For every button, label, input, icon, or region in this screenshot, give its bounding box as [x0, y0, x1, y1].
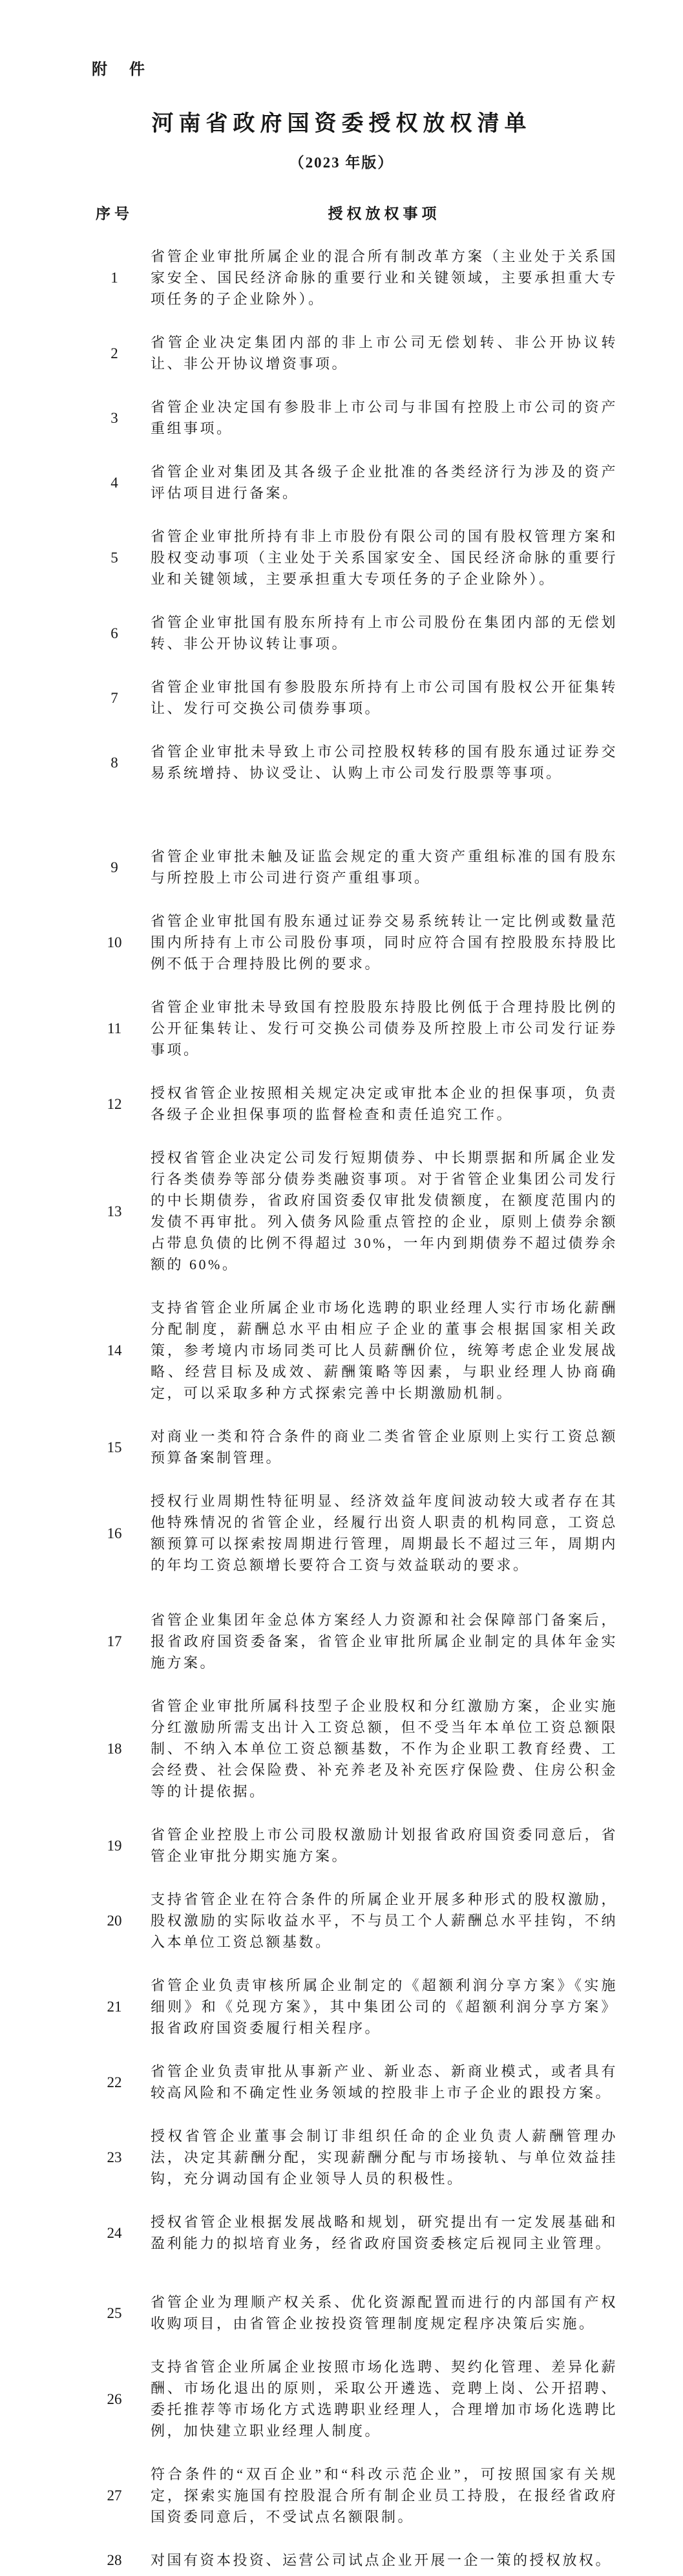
table-row: 19 省管企业控股上市公司股权激励计划报省政府国资委同意后，省管企业审批分期实施…: [95, 1824, 683, 1867]
item-text: 授权省管企业根据发展战略和规划，研究提出有一定发展基础和盈利能力的拟培育业务，经…: [151, 2211, 618, 2254]
table-row: 11 省管企业审批未导致国有控股股东持股比例低于合理持股比例的公开征集转让、发行…: [95, 996, 683, 1060]
item-text: 授权省管企业决定公司发行短期债券、中长期票据和所属企业发行各类债券等部分债券类融…: [151, 1147, 618, 1275]
item-number: 12: [95, 1093, 134, 1115]
document-title: 河南省政府国资委授权放权清单: [0, 111, 683, 137]
table-row: 13 授权省管企业决定公司发行短期债券、中长期票据和所属企业发行各类债券等部分债…: [95, 1147, 683, 1275]
item-number: 27: [95, 2485, 134, 2506]
item-number: 16: [95, 1523, 134, 1544]
item-text: 省管企业审批未触及证监会规定的重大资产重组标准的国有股东与所控股上市公司进行资产…: [151, 846, 618, 888]
attachment-label: 附 件: [92, 62, 683, 78]
table-row: 6 省管企业审批国有股东所持有上市公司股份在集团内部的无偿划转、非公开协议转让事…: [95, 612, 683, 654]
table-row: 8 省管企业审批未导致上市公司控股权转移的国有股东通过证券交易系统增持、协议受让…: [95, 741, 683, 784]
item-number: 7: [95, 687, 134, 709]
item-number: 26: [95, 2388, 134, 2410]
item-number: 17: [95, 1631, 134, 1652]
item-text: 省管企业审批国有参股股东所持有上市公司国有股权公开征集转让、发行可交换公司债券事…: [151, 676, 618, 719]
item-text: 省管企业审批所属科技型子企业股权和分红激励方案，企业实施分红激励所需支出计入工资…: [151, 1695, 618, 1802]
table-row: 15 对商业一类和符合条件的商业二类省管企业原则上实行工资总额预算备案制管理。: [95, 1426, 683, 1468]
item-text: 省管企业审批国有股东通过证券交易系统转让一定比例或数量范围内所持有上市公司股份事…: [151, 910, 618, 974]
table-row: 4 省管企业对集团及其各级子企业批准的各类经济行为涉及的资产评估项目进行备案。: [95, 461, 683, 504]
table-row: 12 授权省管企业按照相关规定决定或审批本企业的担保事项，负责各级子企业担保事项…: [95, 1082, 683, 1125]
item-text: 符合条件的“双百企业”和“科改示范企业”，可按照国家有关规定，探索实施国有控股混…: [151, 2463, 618, 2528]
table-row: 17 省管企业集团年金总体方案经人力资源和社会保障部门备案后，报省政府国资委备案…: [95, 1609, 683, 1673]
table-row: 22 省管企业负责审批从事新产业、新业态、新商业模式，或者具有较高风险和不确定性…: [95, 2061, 683, 2103]
item-text: 支持省管企业所属企业市场化选聘的职业经理人实行市场化薪酬分配制度，薪酬总水平由相…: [151, 1297, 618, 1404]
document-page: 附 件 河南省政府国资委授权放权清单 （2023 年版） 序号 授权放权事项 1…: [0, 0, 683, 2576]
item-text: 授权行业周期性特征明显、经济效益年度间波动较大或者存在其他特殊情况的省管企业，经…: [151, 1490, 618, 1576]
item-number: 23: [95, 2147, 134, 2168]
table-row: 3 省管企业决定国有参股非上市公司与非国有控股上市公司的资产重组事项。: [95, 396, 683, 439]
item-number: 9: [95, 857, 134, 878]
item-number: 19: [95, 1835, 134, 1856]
table-row: 1 省管企业审批所属企业的混合所有制改革方案（主业处于关系国家安全、国民经济命脉…: [95, 246, 683, 310]
item-text: 支持省管企业在符合条件的所属企业开展多种形式的股权激励，股权激励的实际收益水平，…: [151, 1889, 618, 1953]
table-header: 序号 授权放权事项: [0, 204, 683, 224]
table-row: 21 省管企业负责审核所属企业制定的《超额利润分享方案》《实施细则》和《兑现方案…: [95, 1975, 683, 2039]
item-text: 支持省管企业所属企业按照市场化选聘、契约化管理、差异化薪酬、市场化退出的原则，采…: [151, 2356, 618, 2442]
table-row: 23 授权省管企业董事会制订非组织任命的企业负责人薪酬管理办法，决定其薪酬分配，…: [95, 2125, 683, 2189]
table-row: 26 支持省管企业所属企业按照市场化选聘、契约化管理、差异化薪酬、市场化退出的原…: [95, 2356, 683, 2442]
item-number: 25: [95, 2302, 134, 2324]
table-row: 24 授权省管企业根据发展战略和规划，研究提出有一定发展基础和盈利能力的拟培育业…: [95, 2211, 683, 2254]
item-text: 省管企业负责审批从事新产业、新业态、新商业模式，或者具有较高风险和不确定性业务领…: [151, 2061, 618, 2103]
item-number: 28: [95, 2549, 134, 2571]
item-number: 8: [95, 752, 134, 773]
item-text: 省管企业决定国有参股非上市公司与非国有控股上市公司的资产重组事项。: [151, 396, 618, 439]
table-row: 27 符合条件的“双百企业”和“科改示范企业”，可按照国家有关规定，探索实施国有…: [95, 2463, 683, 2528]
item-number: 11: [95, 1018, 134, 1039]
item-text: 对商业一类和符合条件的商业二类省管企业原则上实行工资总额预算备案制管理。: [151, 1426, 618, 1468]
table-row: 18 省管企业审批所属科技型子企业股权和分红激励方案，企业实施分红激励所需支出计…: [95, 1695, 683, 1802]
table-row: 14 支持省管企业所属企业市场化选聘的职业经理人实行市场化薪酬分配制度，薪酬总水…: [95, 1297, 683, 1404]
item-text: 授权省管企业按照相关规定决定或审批本企业的担保事项，负责各级子企业担保事项的监督…: [151, 1082, 618, 1125]
table-row: 16 授权行业周期性特征明显、经济效益年度间波动较大或者存在其他特殊情况的省管企…: [95, 1490, 683, 1576]
document-subtitle: （2023 年版）: [0, 154, 683, 172]
column-header-serial-number: 序号: [95, 204, 134, 224]
item-text: 省管企业审批未导致国有控股股东持股比例低于合理持股比例的公开征集转让、发行可交换…: [151, 996, 618, 1060]
item-text: 省管企业审批国有股东所持有上市公司股份在集团内部的无偿划转、非公开协议转让事项。: [151, 612, 618, 654]
item-text: 省管企业审批所属企业的混合所有制改革方案（主业处于关系国家安全、国民经济命脉的重…: [151, 246, 618, 310]
item-number: 24: [95, 2222, 134, 2244]
item-text: 省管企业集团年金总体方案经人力资源和社会保障部门备案后，报省政府国资委备案，省管…: [151, 1609, 618, 1673]
item-number: 2: [95, 343, 134, 364]
table-row: 9 省管企业审批未触及证监会规定的重大资产重组标准的国有股东与所控股上市公司进行…: [95, 846, 683, 888]
table-row: 7 省管企业审批国有参股股东所持有上市公司国有股权公开征集转让、发行可交换公司债…: [95, 676, 683, 719]
item-number: 4: [95, 472, 134, 493]
table-row: 5 省管企业审批所持有非上市股份有限公司的国有股权管理方案和股权变动事项（主业处…: [95, 526, 683, 590]
column-header-authorization-items: 授权放权事项: [151, 204, 618, 224]
item-text: 授权省管企业董事会制订非组织任命的企业负责人薪酬管理办法，决定其薪酬分配，实现薪…: [151, 2125, 618, 2189]
item-text: 省管企业审批未导致上市公司控股权转移的国有股东通过证券交易系统增持、协议受让、认…: [151, 741, 618, 784]
item-number: 21: [95, 1996, 134, 2017]
item-number: 13: [95, 1201, 134, 1222]
table-row: 2 省管企业决定集团内部的非上市公司无偿划转、非公开协议转让、非公开协议增资事项…: [95, 332, 683, 374]
table-row: 20 支持省管企业在符合条件的所属企业开展多种形式的股权激励，股权激励的实际收益…: [95, 1889, 683, 1953]
item-number: 5: [95, 547, 134, 568]
item-text: 省管企业决定集团内部的非上市公司无偿划转、非公开协议转让、非公开协议增资事项。: [151, 332, 618, 374]
table-row: 25 省管企业为理顺产权关系、优化资源配置而进行的内部国有产权收购项目，由省管企…: [95, 2292, 683, 2334]
item-number: 22: [95, 2072, 134, 2093]
item-number: 3: [95, 407, 134, 429]
item-number: 18: [95, 1738, 134, 1759]
item-text: 省管企业负责审核所属企业制定的《超额利润分享方案》《实施细则》和《兑现方案》，其…: [151, 1975, 618, 2039]
item-text: 省管企业审批所持有非上市股份有限公司的国有股权管理方案和股权变动事项（主业处于关…: [151, 526, 618, 590]
table-row: 10 省管企业审批国有股东通过证券交易系统转让一定比例或数量范围内所持有上市公司…: [95, 910, 683, 974]
items-list: 1 省管企业审批所属企业的混合所有制改革方案（主业处于关系国家安全、国民经济命脉…: [0, 246, 683, 2571]
table-row: 28 对国有资本投资、运营公司试点企业开展一企一策的授权放权。: [95, 2549, 683, 2571]
item-number: 14: [95, 1340, 134, 1361]
item-text: 省管企业对集团及其各级子企业批准的各类经济行为涉及的资产评估项目进行备案。: [151, 461, 618, 504]
item-number: 10: [95, 932, 134, 953]
item-text: 对国有资本投资、运营公司试点企业开展一企一策的授权放权。: [151, 2549, 618, 2571]
item-text: 省管企业控股上市公司股权激励计划报省政府国资委同意后，省管企业审批分期实施方案。: [151, 1824, 618, 1867]
item-text: 省管企业为理顺产权关系、优化资源配置而进行的内部国有产权收购项目，由省管企业按投…: [151, 2292, 618, 2334]
item-number: 15: [95, 1437, 134, 1458]
item-number: 6: [95, 623, 134, 644]
item-number: 1: [95, 267, 134, 288]
item-number: 20: [95, 1910, 134, 1931]
